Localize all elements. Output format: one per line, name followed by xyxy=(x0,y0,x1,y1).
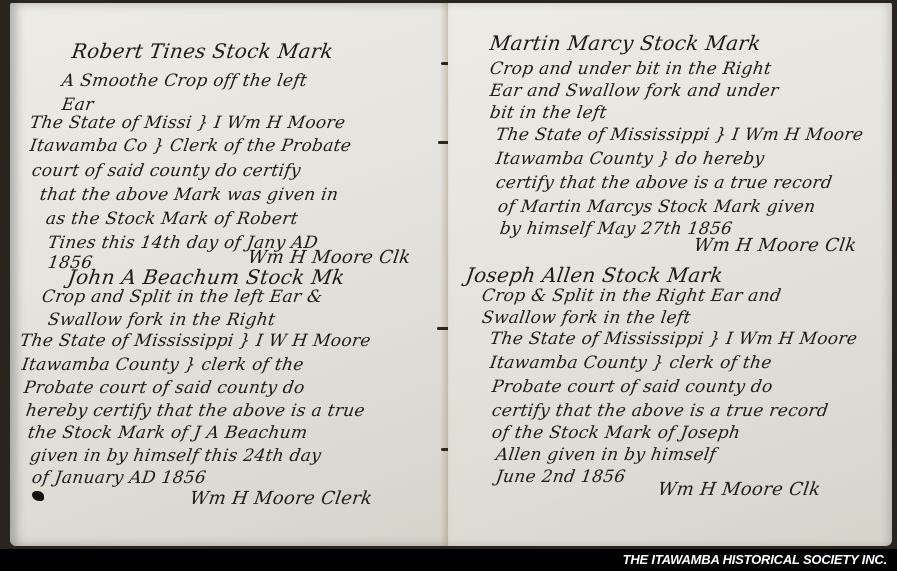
entry-line: bit in the left xyxy=(489,103,609,123)
entry-line: Itawamba Co } Clerk of the Probate xyxy=(29,136,353,156)
entry-heading: John A Beachum Stock Mk xyxy=(66,265,346,289)
entry-line: Ear and Swallow fork and under xyxy=(489,81,780,101)
entry-line: the Stock Mark of J A Beachum xyxy=(27,423,309,443)
entry-line: certify that the above is a true record xyxy=(491,401,830,421)
entry-line: A Smoothe Crop off the left xyxy=(61,71,309,91)
entry-line: Ear xyxy=(61,95,95,115)
entry-line: Swallow fork in the Right xyxy=(47,310,277,330)
entry-line: Itawamba County } clerk of the xyxy=(489,353,774,373)
entry-line: The State of Missi } I Wm H Moore xyxy=(29,113,347,133)
entry-line: Allen given in by himself xyxy=(495,445,718,465)
entry-line: of the Stock Mark of Joseph xyxy=(491,423,742,443)
entry-line: of Martin Marcys Stock Mark given xyxy=(497,197,817,217)
entry-line: The State of Mississippi } I Wm H Moore xyxy=(495,125,865,145)
ledger-book: Robert Tines Stock Mark A Smoothe Crop o… xyxy=(0,0,897,549)
ink-blot xyxy=(32,491,44,501)
entry-line: Probate court of said county do xyxy=(23,378,306,398)
entry-line: Itawamba County } do hereby xyxy=(495,149,766,169)
clerk-signature: Wm H Moore Clk xyxy=(693,235,858,256)
entry-line: that the above Mark was given in xyxy=(39,185,340,205)
entry-heading: Joseph Allen Stock Mark xyxy=(464,263,724,287)
entry-line: Probate court of said county do xyxy=(491,377,774,397)
entry-line: Itawamba County } clerk of the xyxy=(21,355,306,375)
entry-line: court of said county do certify xyxy=(31,161,303,181)
entry-heading: Robert Tines Stock Mark xyxy=(70,39,335,63)
clerk-signature: Wm H Moore Clk xyxy=(657,479,822,500)
entry-line: certify that the above is a true record xyxy=(495,173,834,193)
clerk-signature: Wm H Moore Clerk xyxy=(189,488,374,509)
entry-line: as the Stock Mark of Robert xyxy=(45,209,300,229)
entry-line: Crop & Split in the Right Ear and xyxy=(481,286,783,306)
entry-line: given in by himself this 24th day xyxy=(29,446,323,466)
entry-line: Crop and under bit in the Right xyxy=(489,59,773,79)
entry-line: The State of Mississippi } I Wm H Moore xyxy=(489,329,859,349)
entry-line: Swallow fork in the left xyxy=(481,308,692,328)
entry-line: of January AD 1856 xyxy=(31,468,208,488)
entry-line: June 2nd 1856 xyxy=(495,467,627,487)
entry-line: hereby certify that the above is a true xyxy=(25,401,367,421)
watermark-caption: THE ITAWAMBA HISTORICAL SOCIETY INC. xyxy=(623,552,887,567)
entry-line: The State of Mississippi } I W H Moore xyxy=(19,331,373,351)
right-page: Martin Marcy Stock Mark Crop and under b… xyxy=(448,3,892,546)
caption-bar: THE ITAWAMBA HISTORICAL SOCIETY INC. xyxy=(0,549,897,571)
left-page: Robert Tines Stock Mark A Smoothe Crop o… xyxy=(10,3,448,546)
entry-line: Crop and Split in the left Ear & xyxy=(41,287,324,307)
entry-heading: Martin Marcy Stock Mark xyxy=(488,31,762,55)
